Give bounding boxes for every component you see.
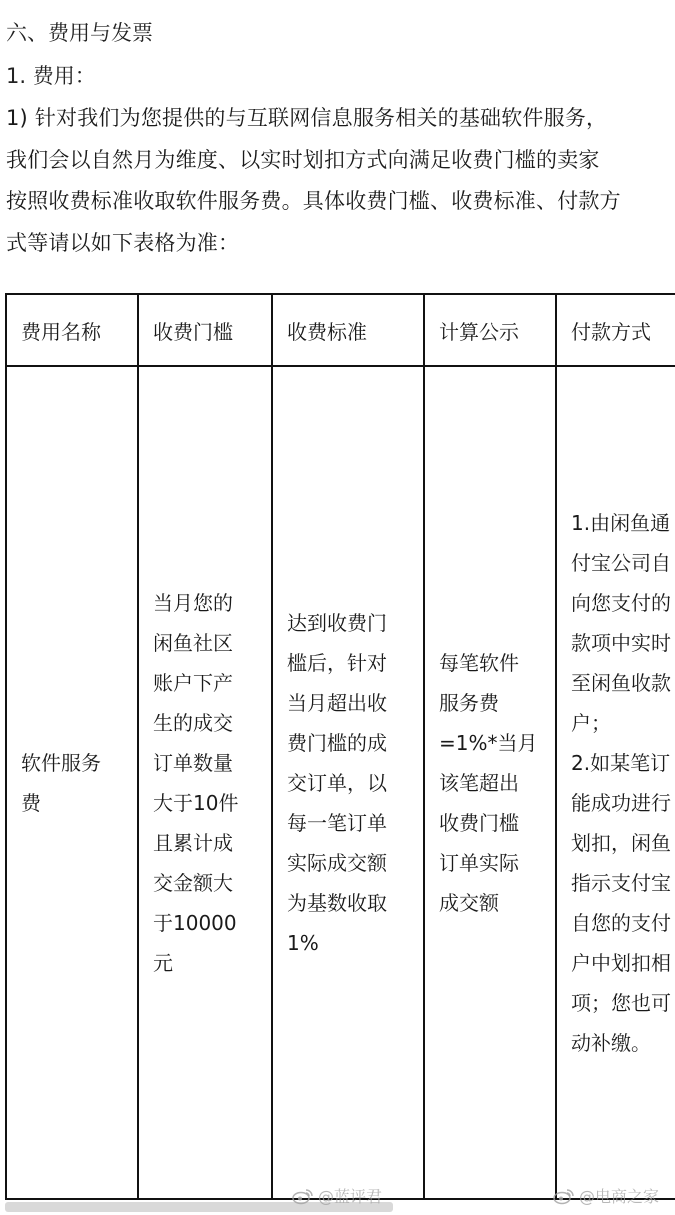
intro-paragraph: 1) 针对我们为您提供的与互联网信息服务相关的基础软件服务， 我们会以自然月为维… — [6, 98, 670, 265]
cell-line: 订单数量 — [153, 743, 271, 783]
watermark-right: @电商之家 — [553, 1184, 659, 1207]
header-payment: 付款方式 — [556, 294, 675, 366]
cell-line: 指示支付宝 — [571, 863, 675, 903]
cell-line: 费门槛的成 — [287, 723, 423, 763]
cell-line: 户； — [571, 703, 675, 743]
cell-payment: 1.由闲鱼通 付宝公司自 向您支付的 款项中实时 至闲鱼收款 户； 2.如某笔订… — [556, 366, 675, 1199]
cell-line: 1.由闲鱼通 — [571, 503, 675, 543]
cell-line: 1% — [287, 923, 423, 963]
cell-line: 收费门槛 — [439, 803, 555, 843]
header-threshold: 收费门槛 — [138, 294, 272, 366]
cell-line: 为基数收取 — [287, 883, 423, 923]
cell-line: 元 — [153, 943, 271, 983]
paragraph-line: 我们会以自然月为维度、以实时划扣方式向满足收费门槛的卖家 — [6, 140, 670, 182]
paragraph-line: 式等请以如下表格为准： — [6, 223, 670, 265]
watermark-text: @蓝评君 — [318, 1184, 382, 1207]
cell-line: 付宝公司自 — [571, 543, 675, 583]
cell-threshold: 当月您的 闲鱼社区 账户下产 生的成交 订单数量 大于10件 且累计成 交金额大… — [138, 366, 272, 1199]
cell-line: 实际成交额 — [287, 843, 423, 883]
cell-line: 交订单，以 — [287, 763, 423, 803]
cell-line: 每一笔订单 — [287, 803, 423, 843]
cell-line: 软件服务 — [21, 743, 137, 783]
table-row: 软件服务 费 当月您的 闲鱼社区 账户下产 生的成交 订单数量 大于10件 且累… — [6, 366, 675, 1199]
cell-line: 订单实际 — [439, 843, 555, 883]
cell-line: 款项中实时 — [571, 623, 675, 663]
weibo-icon — [292, 1187, 314, 1205]
header-standard: 收费标准 — [272, 294, 424, 366]
watermark-text: @电商之家 — [579, 1184, 659, 1207]
cell-fee-name: 软件服务 费 — [6, 366, 138, 1199]
cell-formula: 每笔软件 服务费 =1%*当月 该笔超出 收费门槛 订单实际 成交额 — [424, 366, 556, 1199]
fee-table: 费用名称 收费门槛 收费标准 计算公示 付款方式 软件服务 费 当月您的 闲鱼社… — [5, 293, 675, 1200]
cell-line: 2.如某笔订 — [571, 743, 675, 783]
cell-line: 达到收费门 — [287, 603, 423, 643]
cell-line: 该笔超出 — [439, 763, 555, 803]
cell-line: 于10000 — [153, 903, 271, 943]
cell-line: 当月您的 — [153, 583, 271, 623]
watermark-left: @蓝评君 — [292, 1184, 382, 1207]
cell-line: 生的成交 — [153, 703, 271, 743]
cell-line: 能成功进行 — [571, 783, 675, 823]
cell-line: 自您的支付 — [571, 903, 675, 943]
section-title: 六、费用与发票 — [6, 18, 153, 48]
header-formula: 计算公示 — [424, 294, 556, 366]
sub-title: 1. 费用： — [6, 61, 96, 91]
cell-line: 费 — [21, 783, 137, 823]
cell-line: 槛后，针对 — [287, 643, 423, 683]
cell-line: 至闲鱼收款 — [571, 663, 675, 703]
weibo-icon — [553, 1187, 575, 1205]
cell-line: 当月超出收 — [287, 683, 423, 723]
table-header-row: 费用名称 收费门槛 收费标准 计算公示 付款方式 — [6, 294, 675, 366]
cell-line: 户中划扣相 — [571, 943, 675, 983]
cell-standard: 达到收费门 槛后，针对 当月超出收 费门槛的成 交订单，以 每一笔订单 实际成交… — [272, 366, 424, 1199]
cell-line: 项；您也可 — [571, 983, 675, 1023]
cell-line: 成交额 — [439, 883, 555, 923]
cell-line: 划扣，闲鱼 — [571, 823, 675, 863]
cell-line: 服务费 — [439, 683, 555, 723]
cell-line: 向您支付的 — [571, 583, 675, 623]
cell-line: 且累计成 — [153, 823, 271, 863]
paragraph-line: 1) 针对我们为您提供的与互联网信息服务相关的基础软件服务， — [6, 98, 670, 140]
cell-line: 交金额大 — [153, 863, 271, 903]
cell-line: =1%*当月 — [439, 723, 555, 763]
paragraph-line: 按照收费标准收取软件服务费。具体收费门槛、收费标准、付款方 — [6, 181, 670, 223]
cell-line: 动补缴。 — [571, 1023, 675, 1063]
header-fee-name: 费用名称 — [6, 294, 138, 366]
cell-line: 闲鱼社区 — [153, 623, 271, 663]
fee-table-container: 费用名称 收费门槛 收费标准 计算公示 付款方式 软件服务 费 当月您的 闲鱼社… — [5, 293, 675, 1200]
cell-line: 每笔软件 — [439, 643, 555, 683]
cell-line: 账户下产 — [153, 663, 271, 703]
cell-line: 大于10件 — [153, 783, 271, 823]
